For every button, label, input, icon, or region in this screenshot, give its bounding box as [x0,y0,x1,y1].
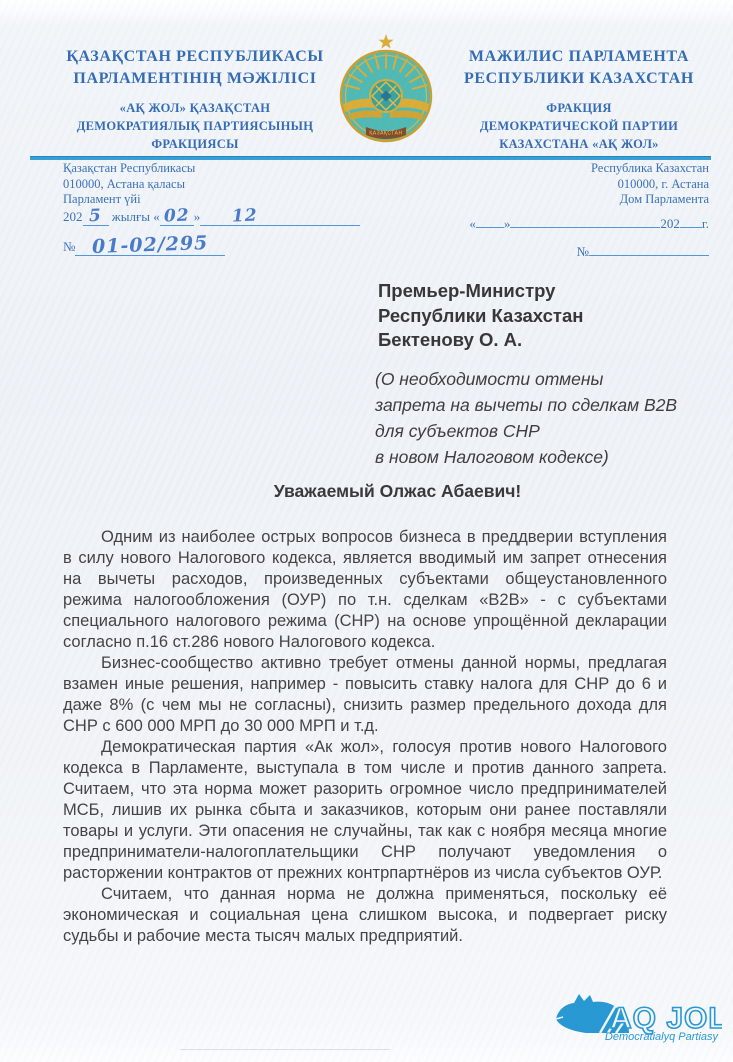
subject-line: в новом Налоговом кодексе) [375,444,677,470]
kazakhstan-coat-of-arms-icon: ҚАЗАҚСТАН [336,30,436,152]
recipient-block: Премьер-Министру Республики Казахстан Бе… [378,279,583,353]
spacer [40,90,350,99]
handwritten-month: 12 [200,208,360,226]
handwritten-year-digit: 5 [83,208,109,226]
scanned-letter-page: ҚАЗАҚСТАН РЕСПУБЛИКАСЫ ПАРЛАМЕНТІНІҢ МӘЖ… [0,0,733,1062]
year-suffix: г. [702,216,709,231]
blank-day-field [476,227,504,228]
letterhead-right-subtitle-line3: КАЗАХСТАНА «АҚ ЖОЛ» [438,136,720,153]
letterhead-right-title-line1: МАЖИЛИС ПАРЛАМЕНТА [438,46,720,68]
letterhead-right-subtitle-line1: ФРАКЦИЯ [438,100,720,117]
sender-address-kazakh: Қазақстан Республикасы 010000, Астана қа… [63,161,195,208]
letterhead-left-subtitle-line2: ДЕМОКРАТИЯЛЫҚ ПАРТИЯСЫНЫҢ [40,118,350,135]
close-quote: » [504,216,511,231]
sender-address-russian: Республика Казахстан 010000, г. Астана Д… [591,161,709,208]
body-paragraph: Считаем, что данная норма не должна прим… [63,884,667,947]
aq-jol-party-logo: AQ JOL Democratialyq Partiasy [550,991,722,1045]
letterhead-right-title-line2: РЕСПУБЛИКИ КАЗАХСТАН [438,68,720,90]
subject-line: запрета на вычеты по сделкам В2В [375,392,677,418]
subject-line: для субъектов СНР [375,418,677,444]
letterhead-right-subtitle-line2: ДЕМОКРАТИЧЕСКОЙ ПАРТИИ [438,118,720,135]
address-line: Республика Казахстан [591,161,709,177]
letter-body: Одним из наиболее острых вопросов бизнес… [63,527,667,947]
blank-year-field [680,227,702,228]
address-line: Дом Парламента [591,192,709,208]
blank-number-field [589,255,709,256]
letterhead-right: МАЖИЛИС ПАРЛАМЕНТА РЕСПУБЛИКИ КАЗАХСТАН … [438,46,720,153]
number-line-russian: № [577,244,709,260]
handwritten-day: 02 [160,208,194,226]
number-line-kazakh: №01-02/295 [63,236,225,256]
body-paragraph: Демократическая партия «Ак жол», голосуя… [63,737,667,884]
date-line-russian: «»202г. [469,216,709,232]
number-label: № [577,244,589,259]
letterhead-divider-rule [30,156,711,160]
date-label: жылғы « [109,209,160,224]
recipient-line: Республики Казахстан [378,304,583,329]
letterhead-left-subtitle-line3: ФРАКЦИЯСЫ [40,136,350,153]
letterhead-left-title-line1: ҚАЗАҚСТАН РЕСПУБЛИКАСЫ [40,46,350,68]
recipient-line: Премьер-Министру [378,279,583,304]
body-paragraph: Одним из наиболее острых вопросов бизнес… [63,527,667,653]
subject-block: (О необходимости отмены запрета на вычет… [375,366,677,470]
spacer [438,90,720,99]
handwritten-outgoing-number: 01-02/295 [75,236,225,256]
letterhead-left: ҚАЗАҚСТАН РЕСПУБЛИКАСЫ ПАРЛАМЕНТІНІҢ МӘЖ… [40,46,350,153]
logo-subtitle: Democratialyq Partiasy [605,1031,720,1043]
subject-line: (О необходимости отмены [375,366,677,392]
recipient-line: Бектенову О. А. [378,328,583,353]
year-prefix: 202 [63,209,83,224]
letterhead-left-title-line2: ПАРЛАМЕНТІНІҢ МӘЖІЛІСІ [40,68,350,90]
emblem-banner-text: ҚАЗАҚСТАН [369,131,402,137]
date-line-kazakh: 2025 жылғы «02»12 [63,208,360,226]
body-paragraph: Бизнес-сообщество активно требует отмены… [63,653,667,737]
letterhead-left-subtitle-line1: «АҚ ЖОЛ» ҚАЗАҚСТАН [40,100,350,117]
address-line: Қазақстан Республикасы [63,161,195,177]
salutation: Уважаемый Олжас Абаевич! [95,481,700,502]
open-quote: « [469,216,476,231]
year-prefix: 202 [660,216,680,231]
address-line: 010000, Астана қаласы [63,177,195,193]
number-label: № [63,239,75,254]
blank-month-field [510,227,660,228]
address-line: 010000, г. Астана [591,177,709,193]
scan-artifact-line [180,1049,390,1050]
